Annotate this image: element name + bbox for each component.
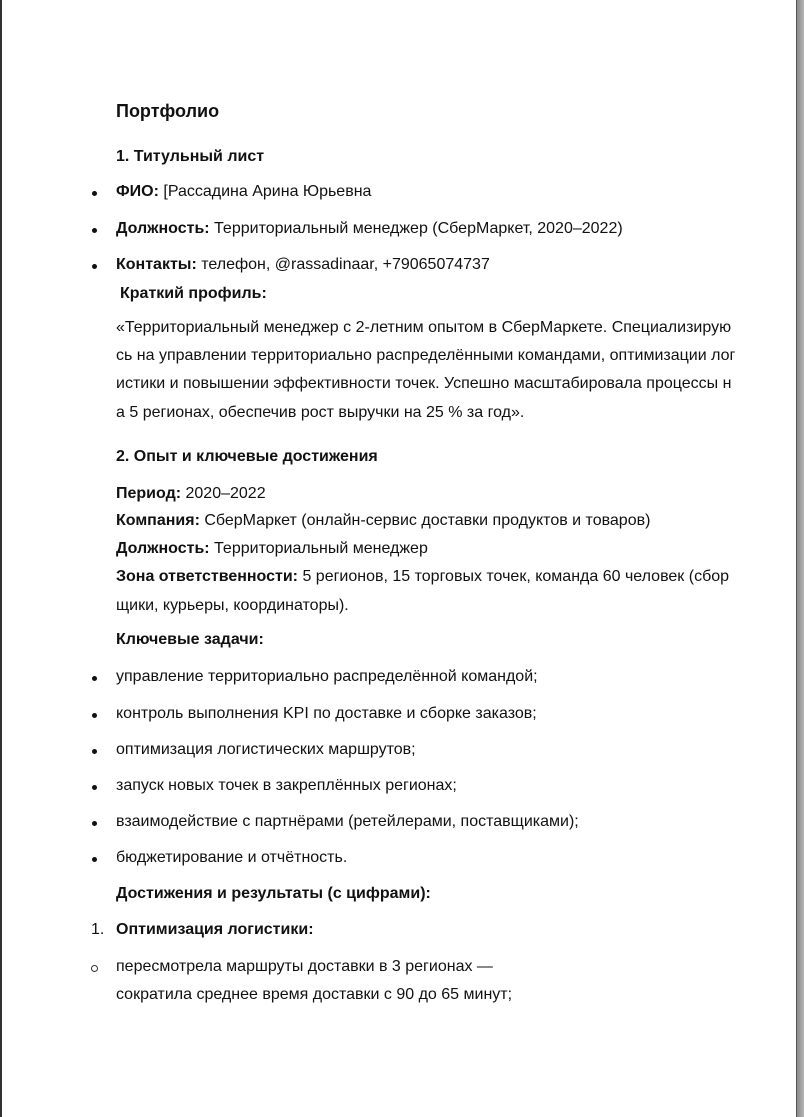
bullet-icon bbox=[92, 228, 97, 233]
company-value: СберМаркет (онлайн-сервис доставки проду… bbox=[200, 512, 651, 529]
bullet-icon bbox=[92, 821, 97, 826]
document-title: Портфолио bbox=[116, 101, 219, 121]
position-label: Должность: bbox=[116, 220, 210, 237]
task-item: контроль выполнения KPI по доставке и сб… bbox=[116, 704, 537, 724]
bullet-icon bbox=[92, 749, 97, 754]
contacts-item: Контакты: телефон, @rassadinaar, +790650… bbox=[116, 255, 490, 275]
section2-heading: 2. Опыт и ключевые достижения bbox=[116, 447, 378, 467]
profile-line: истики и повышении эффективности точек. … bbox=[116, 374, 731, 394]
period-field: Период: 2020–2022 bbox=[116, 484, 266, 504]
zone-field: Зона ответственности: 5 регионов, 15 тор… bbox=[116, 567, 729, 587]
circle-bullet-icon bbox=[91, 965, 98, 972]
task-item: запуск новых точек в закреплённых регион… bbox=[116, 776, 457, 796]
contacts-label: Контакты: bbox=[116, 256, 197, 273]
bullet-icon bbox=[92, 264, 97, 269]
task-item: взаимодействие с партнёрами (ретейлерами… bbox=[116, 812, 579, 832]
fio-value: [Рассадина Арина Юрьевна bbox=[159, 183, 372, 200]
achievements-heading: Достижения и результаты (с цифрами): bbox=[116, 884, 431, 904]
zone-label: Зона ответственности: bbox=[116, 568, 298, 585]
profile-line: а 5 регионах, обеспечив рост выручки на … bbox=[116, 403, 524, 423]
document-page: Портфолио 1. Титульный лист ФИО: [Рассад… bbox=[2, 0, 796, 1117]
achievement-sub-line: сократила среднее время доставки с 90 до… bbox=[116, 985, 512, 1005]
role-label: Должность: bbox=[116, 540, 210, 557]
achievement-title: Оптимизация логистики: bbox=[116, 920, 314, 940]
page-right-shadow bbox=[796, 0, 804, 1117]
achievement-sub-line: пересмотрела маршруты доставки в 3 регио… bbox=[116, 957, 493, 977]
profile-line: «Территориальный менеджер с 2-летним опы… bbox=[116, 318, 731, 338]
company-field: Компания: СберМаркет (онлайн-сервис дост… bbox=[116, 511, 650, 531]
task-item: бюджетирование и отчётность. bbox=[116, 848, 347, 868]
zone-value: 5 регионов, 15 торговых точек, команда 6… bbox=[298, 568, 729, 585]
profile-line: сь на управлении территориально распреде… bbox=[116, 346, 735, 366]
bullet-icon bbox=[92, 785, 97, 790]
fio-item: ФИО: [Рассадина Арина Юрьевна bbox=[116, 182, 371, 202]
bullet-icon bbox=[92, 191, 97, 196]
role-field: Должность: Территориальный менеджер bbox=[116, 539, 428, 559]
company-label: Компания: bbox=[116, 512, 200, 529]
position-value: Территориальный менеджер (СберМаркет, 20… bbox=[210, 220, 623, 237]
period-value: 2020–2022 bbox=[181, 485, 266, 502]
achievement-number: 1. bbox=[91, 920, 104, 940]
zone-continuation: щики, курьеры, координаторы). bbox=[116, 596, 349, 616]
tasks-heading: Ключевые задачи: bbox=[116, 630, 264, 650]
bullet-icon bbox=[92, 676, 97, 681]
role-value: Территориальный менеджер bbox=[210, 540, 428, 557]
contacts-value: телефон, @rassadinaar, +79065074737 bbox=[197, 256, 490, 273]
bullet-icon bbox=[92, 857, 97, 862]
task-item: оптимизация логистических маршрутов; bbox=[116, 740, 416, 760]
profile-heading: Краткий профиль: bbox=[120, 284, 267, 304]
position-item: Должность: Территориальный менеджер (Сбе… bbox=[116, 219, 623, 239]
task-item: управление территориально распределённой… bbox=[116, 667, 538, 687]
period-label: Период: bbox=[116, 485, 181, 502]
section1-heading: 1. Титульный лист bbox=[116, 147, 264, 167]
fio-label: ФИО: bbox=[116, 183, 159, 200]
bullet-icon bbox=[92, 713, 97, 718]
